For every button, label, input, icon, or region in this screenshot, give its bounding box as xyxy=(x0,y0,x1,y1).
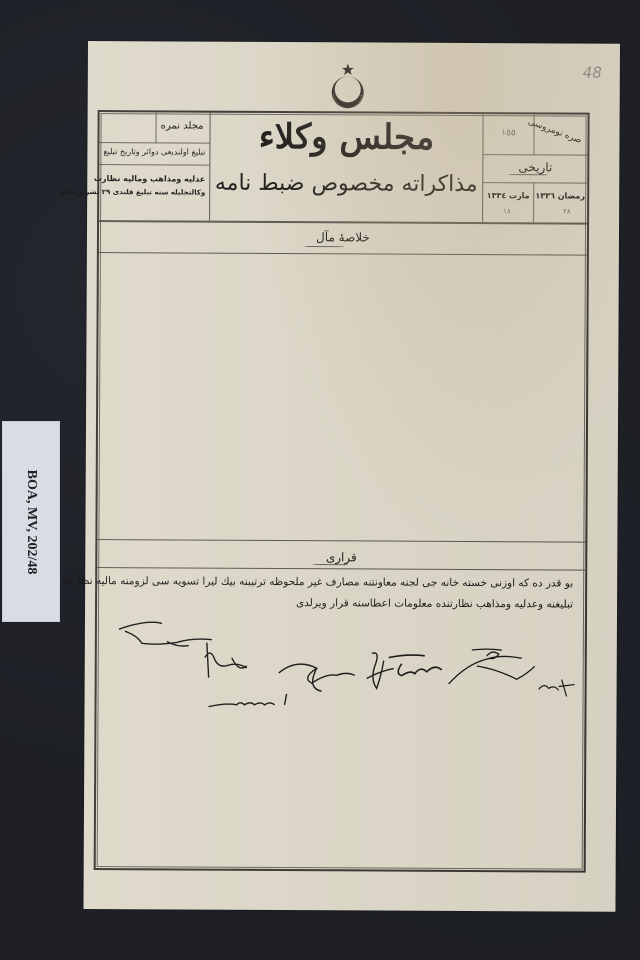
decision-text-line2: تبليغنه وعدليه ومذاهب نظارتنده معلومات ا… xyxy=(296,597,573,610)
signature-8 xyxy=(206,691,296,711)
rumi-day: ١٨ xyxy=(503,207,511,215)
date-label-flourish xyxy=(508,174,548,175)
volume-label-cell: مجلد نمره xyxy=(155,112,209,143)
decision-divider xyxy=(97,567,585,571)
summary-label: خلاصهٔ مآل xyxy=(99,229,587,246)
decision-label: قرارى xyxy=(97,549,585,566)
notification-header: تبليغ اولنديغى دوائر وتاريخ تبليغ xyxy=(103,147,205,157)
header-title-area: مجلس وكلاء مذاكراته مخصوص ضبط نامه xyxy=(209,113,484,222)
number-label: صره نومروسى xyxy=(527,117,583,146)
header-left-column: مجلد نمره تبليغ اولنديغى دوائر وتاريخ تب… xyxy=(99,112,211,221)
signature-6 xyxy=(447,644,537,689)
decision-label-flourish xyxy=(312,564,348,565)
notification-value-line1: عدليه ومذاهب وماليه نظارت xyxy=(94,174,205,184)
archive-reference: BOA, MV, 202/48 xyxy=(23,469,39,574)
rumi-date-cell: مارت ١٣٣٤ ١٨ xyxy=(483,182,534,222)
hijri-date: رمضان ١٣٣٦ xyxy=(533,191,587,200)
folio-number: 48 xyxy=(583,64,602,82)
number-label-cell: صره نومروسى xyxy=(533,114,587,155)
document-page: 48 مجلد نمره تبليغ اولنديغى دوائر وتاريخ… xyxy=(83,41,620,912)
notification-value-cell: عدليه ومذاهب وماليه نظارت وكالتجليله سنه… xyxy=(99,164,209,221)
notification-header-cell: تبليغ اولنديغى دوائر وتاريخ تبليغ xyxy=(99,142,209,166)
signature-5 xyxy=(387,652,447,682)
rumi-date: مارت ١٣٣٤ xyxy=(483,191,533,200)
summary-content-area xyxy=(97,253,586,542)
date-label-cell: تاريخى xyxy=(483,154,587,184)
council-subtitle: مذاكراته مخصوص ضبط نامه xyxy=(209,171,483,197)
summary-label-flourish xyxy=(304,246,344,247)
number-value: ١٥٥ xyxy=(483,128,533,138)
hijri-date-cell: رمضان ١٣٣٦ ٢٨ xyxy=(533,182,587,222)
volume-empty-cell xyxy=(99,112,156,143)
crescent-and-star-icon xyxy=(328,62,368,110)
archive-label: BOA, MV, 202/48 xyxy=(2,421,60,622)
header-right-column: ١٥٥ صره نومروسى تاريخى مارت ١٣٣٤ ١٨ رمضا… xyxy=(482,114,588,223)
date-label: تاريخى xyxy=(483,160,587,175)
signature-2 xyxy=(197,638,257,693)
council-title: مجلس وكلاء xyxy=(209,117,483,158)
notification-value-line2: وكالتجليله سنه تبليغ قلندى ٢٩ تشرين ثانى xyxy=(59,188,205,197)
volume-label: مجلد نمره xyxy=(161,120,204,131)
header-table: مجلد نمره تبليغ اولنديغى دوائر وتاريخ تب… xyxy=(99,112,588,225)
form-frame: مجلد نمره تبليغ اولنديغى دوائر وتاريخ تب… xyxy=(94,110,590,873)
number-value-cell: ١٥٥ xyxy=(483,114,534,155)
decision-text-line1: بو قدر ده كه اوزنى خسته خانه جى لجنه معا… xyxy=(61,575,573,590)
signature-7 xyxy=(537,674,577,699)
hijri-day: ٢٨ xyxy=(563,207,571,215)
signature-3 xyxy=(277,653,357,693)
